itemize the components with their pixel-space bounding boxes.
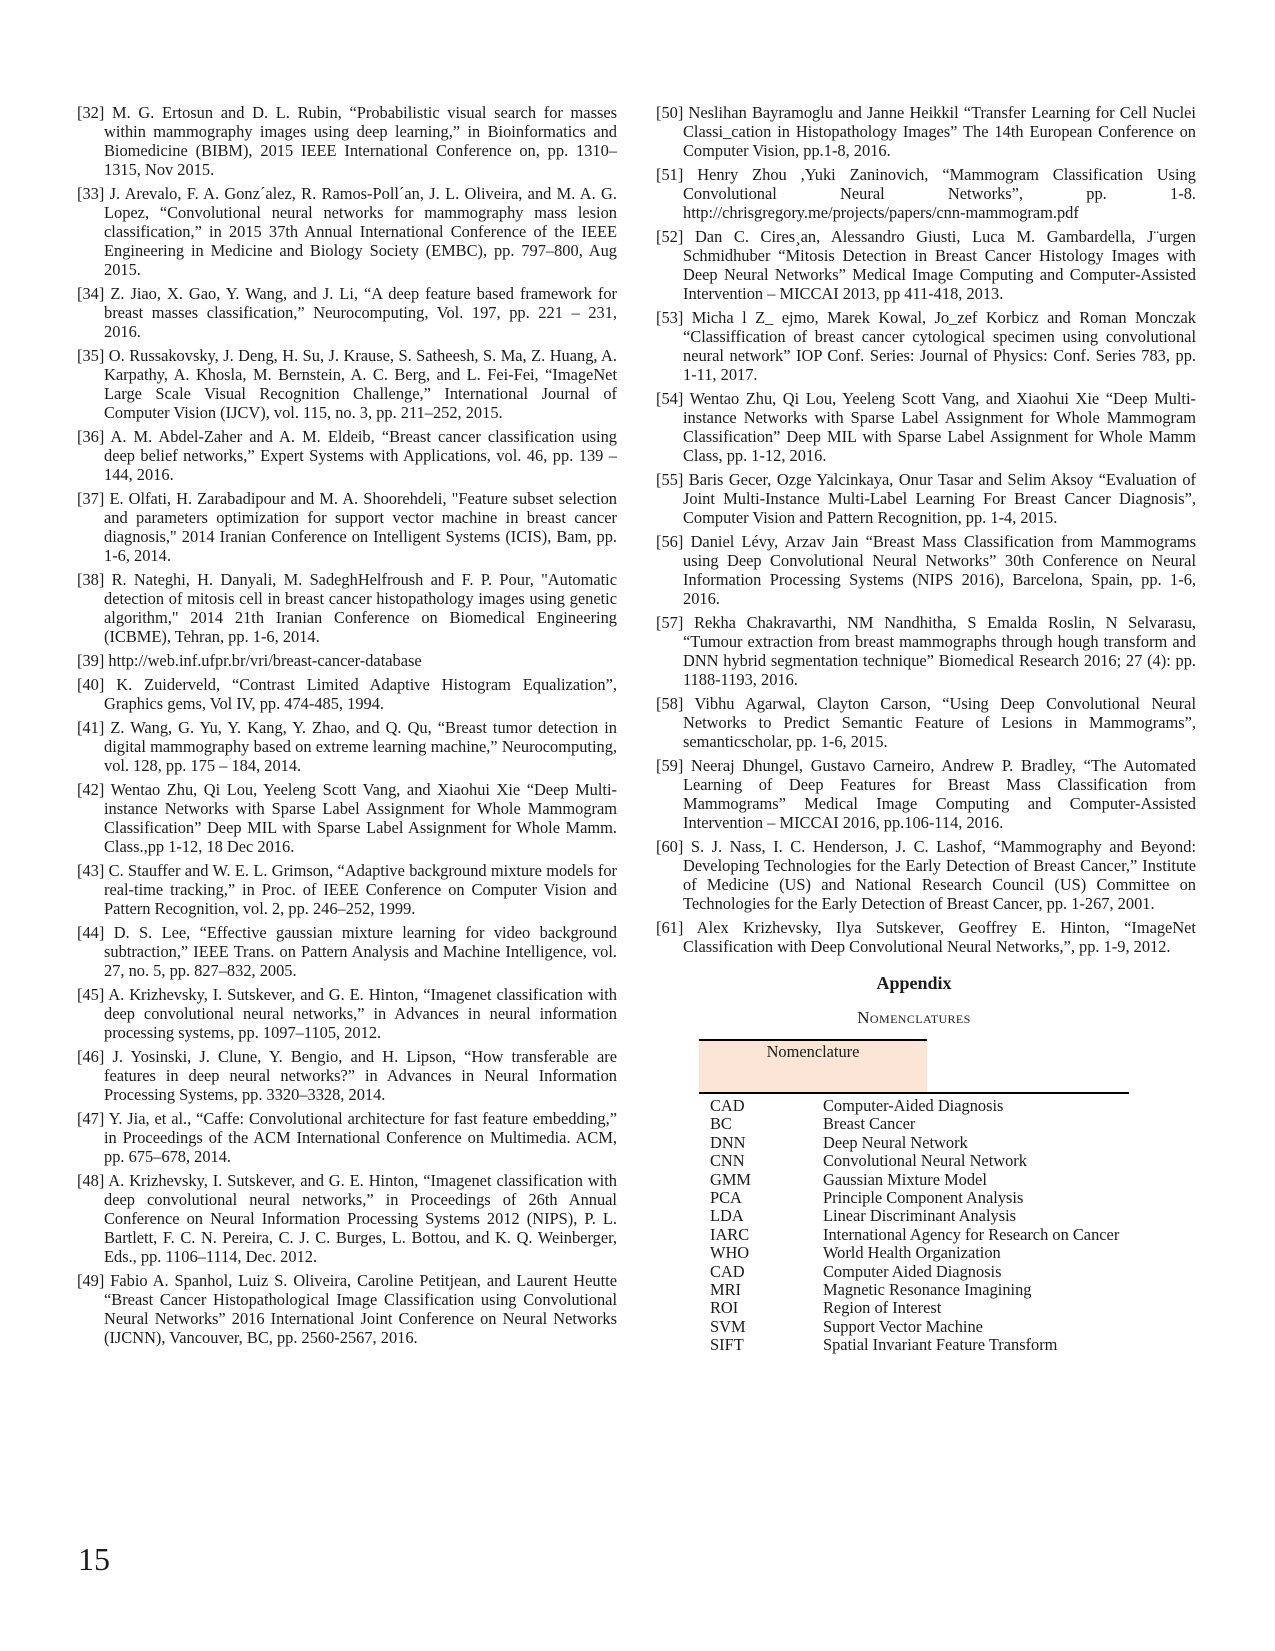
nomenclature-term: LDA xyxy=(699,1207,823,1225)
reference-item: [39] http://web.inf.ufpr.br/vri/breast-c… xyxy=(77,651,617,670)
nomenclature-row: CNNConvolutional Neural Network xyxy=(699,1152,1129,1170)
reference-text: S. J. Nass, I. C. Henderson, J. C. Lasho… xyxy=(683,837,1196,913)
nomenclature-row: ROIRegion of Interest xyxy=(699,1299,1129,1317)
nomenclature-definition: Linear Discriminant Analysis xyxy=(823,1207,1129,1225)
reference-number: [44] xyxy=(77,923,104,942)
reference-item: [37] E. Olfati, H. Zarabadipour and M. A… xyxy=(77,489,617,565)
references-column-left: [32] M. G. Ertosun and D. L. Rubin, “Pro… xyxy=(77,103,617,1355)
references-column-right: [50] Neslihan Bayramoglu and Janne Heikk… xyxy=(656,103,1196,1355)
nomenclature-row: BCBreast Cancer xyxy=(699,1115,1129,1133)
reference-text: K. Zuiderveld, “Contrast Limited Adaptiv… xyxy=(104,675,617,713)
reference-item: [54] Wentao Zhu, Qi Lou, Yeeleng Scott V… xyxy=(656,389,1196,465)
reference-text: http://web.inf.ufpr.br/vri/breast-cancer… xyxy=(108,651,421,670)
reference-number: [35] xyxy=(77,346,104,365)
nomenclature-row: WHOWorld Health Organization xyxy=(699,1244,1129,1262)
reference-number: [42] xyxy=(77,780,104,799)
reference-text: Vibhu Agarwal, Clayton Carson, “Using De… xyxy=(683,694,1196,751)
nomenclature-definition: Breast Cancer xyxy=(823,1115,1129,1133)
reference-item: [35] O. Russakovsky, J. Deng, H. Su, J. … xyxy=(77,346,617,422)
reference-item: [53] Micha l Z_ ejmo, Marek Kowal, Jo_ze… xyxy=(656,308,1196,384)
nomenclature-definition: Principle Component Analysis xyxy=(823,1189,1129,1207)
nomenclature-table: NomenclatureCADComputer-Aided DiagnosisB… xyxy=(699,1039,1129,1355)
reference-number: [52] xyxy=(656,227,683,246)
reference-text: Wentao Zhu, Qi Lou, Yeeleng Scott Vang, … xyxy=(683,389,1196,465)
reference-text: Wentao Zhu, Qi Lou, Yeeleng Scott Vang, … xyxy=(104,780,617,856)
nomenclature-term: PCA xyxy=(699,1189,823,1207)
reference-text: Neslihan Bayramoglu and Janne Heikkil “T… xyxy=(683,103,1196,160)
reference-text: Baris Gecer, Ozge Yalcinkaya, Onur Tasar… xyxy=(683,470,1196,527)
reference-number: [36] xyxy=(77,427,104,446)
nomenclature-term: BC xyxy=(699,1115,823,1133)
nomenclature-definition: Region of Interest xyxy=(823,1299,1129,1317)
page-number: 15 xyxy=(78,1541,110,1577)
reference-number: [61] xyxy=(656,918,683,937)
reference-text: R. Nateghi, H. Danyali, M. SadeghHelfrou… xyxy=(104,570,617,646)
nomenclature-term: GMM xyxy=(699,1171,823,1189)
nomenclature-term: DNN xyxy=(699,1134,823,1152)
reference-number: [50] xyxy=(656,103,683,122)
reference-item: [36] A. M. Abdel-Zaher and A. M. Eldeib,… xyxy=(77,427,617,484)
reference-item: [41] Z. Wang, G. Yu, Y. Kang, Y. Zhao, a… xyxy=(77,718,617,775)
nomenclature-row: PCAPrinciple Component Analysis xyxy=(699,1189,1129,1207)
nomenclature-row: GMMGaussian Mixture Model xyxy=(699,1171,1129,1189)
nomenclature-table-body: CADComputer-Aided DiagnosisBCBreast Canc… xyxy=(699,1094,1129,1355)
reference-item: [60] S. J. Nass, I. C. Henderson, J. C. … xyxy=(656,837,1196,913)
reference-number: [53] xyxy=(656,308,683,327)
reference-text: A. M. Abdel-Zaher and A. M. Eldeib, “Bre… xyxy=(104,427,617,484)
nomenclature-table-header-row: Nomenclature xyxy=(699,1039,1129,1094)
nomenclature-term: MRI xyxy=(699,1281,823,1299)
nomenclature-row: SVMSupport Vector Machine xyxy=(699,1318,1129,1336)
reference-text: Alex Krizhevsky, Ilya Sutskever, Geoffre… xyxy=(683,918,1196,956)
reference-number: [60] xyxy=(656,837,683,856)
reference-number: [43] xyxy=(77,861,104,880)
nomenclature-definition: Computer-Aided Diagnosis xyxy=(823,1097,1129,1115)
reference-text: Daniel Lévy, Arzav Jain “Breast Mass Cla… xyxy=(683,532,1196,608)
reference-item: [58] Vibhu Agarwal, Clayton Carson, “Usi… xyxy=(656,694,1196,751)
reference-text: C. Stauffer and W. E. L. Grimson, “Adapt… xyxy=(104,861,617,918)
reference-number: [32] xyxy=(77,103,104,122)
reference-text: Henry Zhou ,Yuki Zaninovich, “Mammogram … xyxy=(683,165,1196,222)
nomenclature-term: WHO xyxy=(699,1244,823,1262)
reference-item: [46] J. Yosinski, J. Clune, Y. Bengio, a… xyxy=(77,1047,617,1104)
reference-item: [45] A. Krizhevsky, I. Sutskever, and G.… xyxy=(77,985,617,1042)
reference-item: [34] Z. Jiao, X. Gao, Y. Wang, and J. Li… xyxy=(77,284,617,341)
reference-item: [52] Dan C. Cires¸an, Alessandro Giusti,… xyxy=(656,227,1196,303)
nomenclature-table-header-cell: Nomenclature xyxy=(699,1039,927,1092)
reference-number: [57] xyxy=(656,613,683,632)
nomenclature-row: DNNDeep Neural Network xyxy=(699,1134,1129,1152)
reference-text: D. S. Lee, “Effective gaussian mixture l… xyxy=(104,923,617,980)
reference-text: Y. Jia, et al., “Caffe: Convolutional ar… xyxy=(104,1109,617,1166)
reference-item: [57] Rekha Chakravarthi, NM Nandhitha, S… xyxy=(656,613,1196,689)
reference-item: [44] D. S. Lee, “Effective gaussian mixt… xyxy=(77,923,617,980)
nomenclature-row: CADComputer-Aided Diagnosis xyxy=(699,1097,1129,1115)
reference-text: J. Yosinski, J. Clune, Y. Bengio, and H.… xyxy=(104,1047,617,1104)
reference-number: [38] xyxy=(77,570,104,589)
reference-text: A. Krizhevsky, I. Sutskever, and G. E. H… xyxy=(104,985,617,1042)
reference-text: Neeraj Dhungel, Gustavo Carneiro, Andrew… xyxy=(683,756,1196,832)
nomenclature-definition: Gaussian Mixture Model xyxy=(823,1171,1129,1189)
nomenclature-definition: International Agency for Research on Can… xyxy=(823,1226,1129,1244)
nomenclature-row: IARCInternational Agency for Research on… xyxy=(699,1226,1129,1244)
nomenclature-row: MRIMagnetic Resonance Imagining xyxy=(699,1281,1129,1299)
reference-number: [59] xyxy=(656,756,683,775)
reference-text: Rekha Chakravarthi, NM Nandhitha, S Emal… xyxy=(683,613,1196,689)
nomenclature-term: CAD xyxy=(699,1263,823,1281)
nomenclature-term: CNN xyxy=(699,1152,823,1170)
nomenclature-row: SIFTSpatial Invariant Feature Transform xyxy=(699,1336,1129,1354)
reference-number: [51] xyxy=(656,165,683,184)
reference-number: [46] xyxy=(77,1047,104,1066)
reference-item: [48] A. Krizhevsky, I. Sutskever, and G.… xyxy=(77,1171,617,1266)
reference-number: [40] xyxy=(77,675,104,694)
nomenclature-definition: Spatial Invariant Feature Transform xyxy=(823,1336,1129,1354)
reference-number: [49] xyxy=(77,1271,104,1290)
reference-text: A. Krizhevsky, I. Sutskever, and G. E. H… xyxy=(104,1171,617,1266)
reference-number: [37] xyxy=(77,489,104,508)
reference-number: [45] xyxy=(77,985,104,1004)
reference-number: [56] xyxy=(656,532,683,551)
nomenclature-definition: Deep Neural Network xyxy=(823,1134,1129,1152)
nomenclature-term: IARC xyxy=(699,1226,823,1244)
nomenclature-row: LDALinear Discriminant Analysis xyxy=(699,1207,1129,1225)
reference-text: Fabio A. Spanhol, Luiz S. Oliveira, Caro… xyxy=(104,1271,617,1347)
reference-item: [42] Wentao Zhu, Qi Lou, Yeeleng Scott V… xyxy=(77,780,617,856)
reference-text: Micha l Z_ ejmo, Marek Kowal, Jo_zef Kor… xyxy=(683,308,1196,384)
nomenclature-definition: Support Vector Machine xyxy=(823,1318,1129,1336)
reference-item: [55] Baris Gecer, Ozge Yalcinkaya, Onur … xyxy=(656,470,1196,527)
appendix-section: AppendixNomenclaturesNomenclatureCADComp… xyxy=(699,973,1129,1355)
reference-number: [58] xyxy=(656,694,683,713)
reference-item: [51] Henry Zhou ,Yuki Zaninovich, “Mammo… xyxy=(656,165,1196,222)
reference-number: [41] xyxy=(77,718,104,737)
reference-number: [54] xyxy=(656,389,683,408)
appendix-title: Appendix xyxy=(699,973,1129,994)
reference-item: [43] C. Stauffer and W. E. L. Grimson, “… xyxy=(77,861,617,918)
reference-item: [49] Fabio A. Spanhol, Luiz S. Oliveira,… xyxy=(77,1271,617,1347)
reference-item: [47] Y. Jia, et al., “Caffe: Convolution… xyxy=(77,1109,617,1166)
reference-text: Z. Wang, G. Yu, Y. Kang, Y. Zhao, and Q.… xyxy=(104,718,617,775)
nomenclature-term: CAD xyxy=(699,1097,823,1115)
reference-item: [56] Daniel Lévy, Arzav Jain “Breast Mas… xyxy=(656,532,1196,608)
reference-item: [33] J. Arevalo, F. A. Gonz´alez, R. Ram… xyxy=(77,184,617,279)
paper-page: [32] M. G. Ertosun and D. L. Rubin, “Pro… xyxy=(0,0,1275,1651)
reference-text: M. G. Ertosun and D. L. Rubin, “Probabil… xyxy=(104,103,617,179)
reference-text: E. Olfati, H. Zarabadipour and M. A. Sho… xyxy=(104,489,617,565)
reference-number: [47] xyxy=(77,1109,104,1128)
reference-text: Z. Jiao, X. Gao, Y. Wang, and J. Li, “A … xyxy=(104,284,617,341)
reference-text: Dan C. Cires¸an, Alessandro Giusti, Luca… xyxy=(683,227,1196,303)
reference-number: [39] xyxy=(77,651,104,670)
nomenclature-definition: Computer Aided Diagnosis xyxy=(823,1263,1129,1281)
reference-text: O. Russakovsky, J. Deng, H. Su, J. Kraus… xyxy=(104,346,617,422)
two-column-layout: [32] M. G. Ertosun and D. L. Rubin, “Pro… xyxy=(77,103,1197,1355)
nomenclature-definition: Magnetic Resonance Imagining xyxy=(823,1281,1129,1299)
reference-item: [38] R. Nateghi, H. Danyali, M. SadeghHe… xyxy=(77,570,617,646)
reference-number: [55] xyxy=(656,470,683,489)
reference-item: [50] Neslihan Bayramoglu and Janne Heikk… xyxy=(656,103,1196,160)
reference-text: J. Arevalo, F. A. Gonz´alez, R. Ramos-Po… xyxy=(104,184,617,279)
nomenclature-row: CADComputer Aided Diagnosis xyxy=(699,1263,1129,1281)
nomenclature-term: SIFT xyxy=(699,1336,823,1354)
reference-item: [40] K. Zuiderveld, “Contrast Limited Ad… xyxy=(77,675,617,713)
nomenclatures-heading: Nomenclatures xyxy=(699,1008,1129,1027)
reference-item: [61] Alex Krizhevsky, Ilya Sutskever, Ge… xyxy=(656,918,1196,956)
reference-number: [48] xyxy=(77,1171,104,1190)
nomenclature-definition: World Health Organization xyxy=(823,1244,1129,1262)
nomenclature-term: ROI xyxy=(699,1299,823,1317)
reference-item: [32] M. G. Ertosun and D. L. Rubin, “Pro… xyxy=(77,103,617,179)
reference-number: [33] xyxy=(77,184,104,203)
nomenclature-definition: Convolutional Neural Network xyxy=(823,1152,1129,1170)
nomenclature-term: SVM xyxy=(699,1318,823,1336)
reference-item: [59] Neeraj Dhungel, Gustavo Carneiro, A… xyxy=(656,756,1196,832)
reference-number: [34] xyxy=(77,284,104,303)
